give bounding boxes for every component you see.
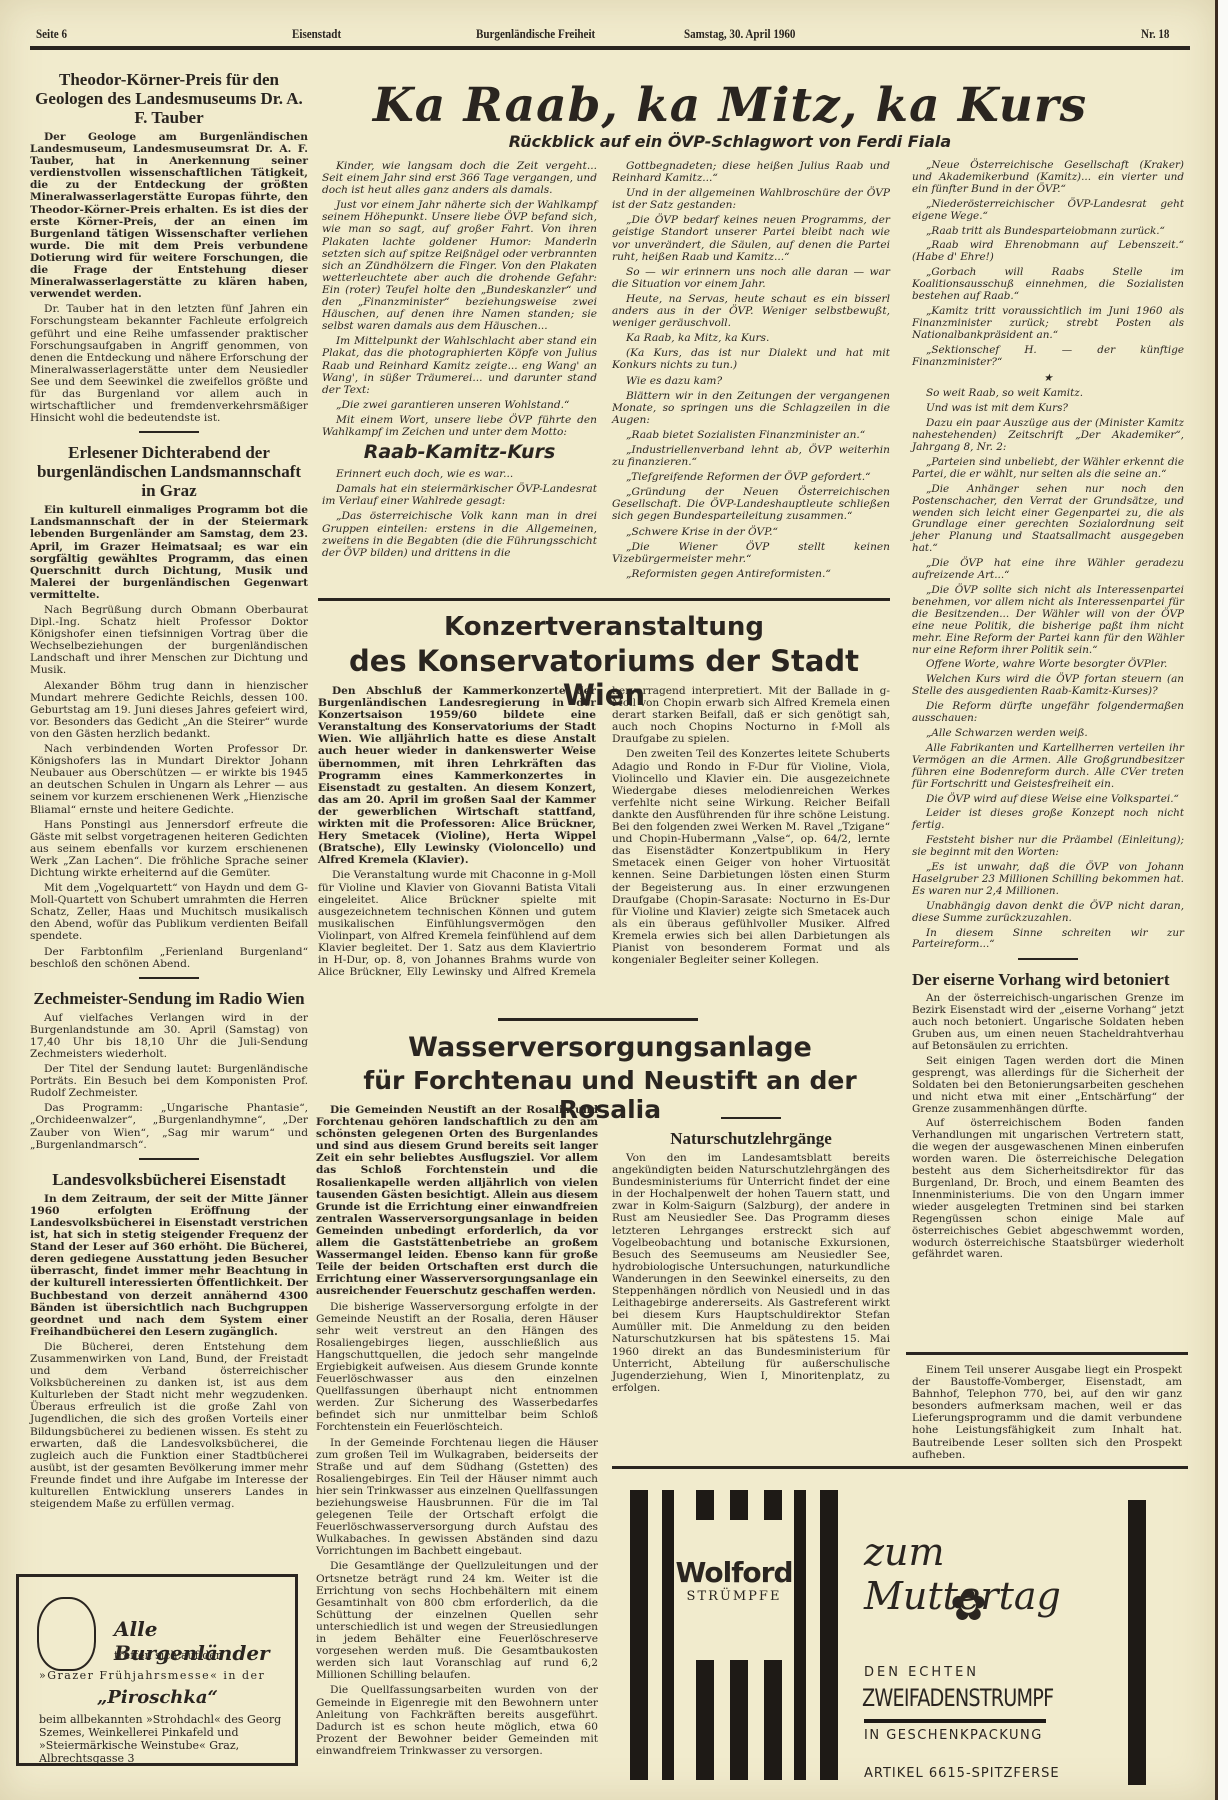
lead-subtitle: Rückblick auf ein ÖVP-Schlagwort von Fer… [320, 132, 1140, 151]
article-text: Damals hat ein steiermärkischer ÖVP-Land… [322, 483, 597, 507]
article-text: Alexander Böhm trug dann in hienzischer … [30, 680, 308, 740]
ad-text: »Grazer Frühjahrsmesse« in der [39, 1669, 265, 1682]
article-text: Die Reform dürfte ungefähr folgendermaße… [912, 701, 1184, 725]
article-title-dichterabend: Erlesener Dichterabend der burgenländisc… [30, 443, 308, 500]
wasser-headline: Wasserversorgungsanlage [310, 1032, 910, 1063]
header-place: Eisenstadt [292, 26, 341, 42]
article-text: Den zweiten Teil des Konzertes leitete S… [612, 748, 890, 966]
star-icon: ★ [912, 373, 1184, 385]
header-date: Samstag, 30. April 1960 [684, 26, 795, 42]
article-text: Im Mittelpunkt der Wahlschlacht aber sta… [322, 335, 597, 395]
article-text: „Alle Schwarzen werden weiß. [912, 728, 1184, 740]
article-text: In diesem Sinne schreiten wir zur Partei… [912, 928, 1184, 952]
section-rule [498, 1018, 698, 1021]
ad-venue: „Piroschka“ [97, 1687, 218, 1708]
article-text: „Schwere Krise in der ÖVP.“ [612, 526, 890, 538]
left-column: Theodor-Körner-Preis für den Geologen de… [30, 70, 308, 1513]
article-text: „Niederösterreichischer ÖVP-Landesrat ge… [912, 199, 1184, 223]
article-text: Die ÖVP wird auf diese Weise eine Volksp… [912, 794, 1184, 806]
article-text: „Die Anhänger sehen nur noch den Postens… [912, 484, 1184, 555]
separator [721, 1117, 781, 1119]
article-text: (Ka Kurs, das ist nur Dialekt und hat mi… [612, 347, 890, 371]
article-text: In dem Zeitraum, der seit der Mitte Jänn… [30, 1193, 308, 1338]
header-rule [30, 46, 1190, 50]
article-text: An der österreichisch-ungarischen Grenze… [912, 993, 1184, 1053]
separator [139, 977, 199, 979]
article-title-natur: Naturschutzlehrgänge [612, 1129, 890, 1148]
article-text: „Gorbach will Raabs Stelle im Koalitions… [912, 267, 1184, 303]
natur-article: Naturschutzlehrgänge Von den im Landesam… [612, 1110, 890, 1397]
article-text: So — wir erinnern uns noch alle daran — … [612, 266, 890, 290]
article-text: So weit Raab, so weit Kamitz. [912, 388, 1184, 400]
lead-column-3: „Neue Österreichische Gesellschaft (Krak… [912, 160, 1184, 1264]
article-text: „Die ÖVP hat eine ihre Wähler geradezu a… [912, 558, 1184, 582]
ad-rule [864, 1719, 1046, 1723]
article-text: Der Geologe am Burgenländischen Landesmu… [30, 131, 308, 300]
newspaper-page: Seite 6 Eisenstadt Burgenländische Freih… [0, 0, 1215, 1800]
ad-text: treffen sich auf der [114, 1649, 221, 1662]
article-text: Mit dem „Vogelquartett“ von Haydn und de… [30, 882, 308, 942]
article-text: „Die zwei garantieren unseren Wohlstand.… [322, 399, 597, 411]
advertisement-piroschka: Alle Burgenländer treffen sich auf der »… [16, 1574, 298, 1766]
article-text: Dr. Tauber hat in den letzten fünf Jahre… [30, 303, 308, 424]
article-text: Erinnert euch doch, wie es war... [322, 468, 597, 480]
article-text: Dazu ein paar Auszüge aus der (Minister … [912, 418, 1184, 454]
article-text: „Tiefgreifende Reformen der ÖVP geforder… [612, 471, 890, 483]
article-text: Einem Teil unserer Ausgabe liegt ein Pro… [912, 1364, 1182, 1461]
product-name: STRÜMPFE [674, 1589, 794, 1604]
article-text: Welchen Kurs wird die ÖVP fortan steuern… [912, 674, 1184, 698]
rose-icon: ✿ [950, 1580, 987, 1631]
lead-column-2: Gottbegnadeten; diese heißen Julius Raab… [612, 160, 890, 583]
article-text: Nach Begrüßung durch Obmann Oberbaurat D… [30, 604, 308, 677]
ad-text: IN GESCHENKPACKUNG [864, 1728, 1043, 1743]
article-text: In der Gemeinde Forchtenau liegen die Hä… [316, 1437, 598, 1558]
article-text: Die Bücherei, deren Entstehung dem Zusam… [30, 1341, 308, 1510]
article-title-vorhang: Der eiserne Vorhang wird betoniert [912, 970, 1184, 989]
separator [139, 1158, 199, 1160]
lead-headline: Ka Raab, ka Mitz, ka Kurs [320, 78, 1140, 133]
article-text: Die Quellfassungsarbeiten wurden von der… [316, 1684, 598, 1757]
page-header: Seite 6 Eisenstadt Burgenländische Freih… [36, 26, 1186, 46]
article-text: Auf vielfaches Verlangen wird in der Bur… [30, 1012, 308, 1060]
article-text: Und was ist mit dem Kurs? [912, 403, 1184, 415]
article-title-zechmeister: Zechmeister-Sendung im Radio Wien [30, 989, 308, 1008]
lead-column-1: Kinder, wie langsam doch die Zeit vergeh… [322, 160, 597, 562]
article-text: Ka Raab, ka Mitz, ka Kurs. [612, 332, 890, 344]
article-text: „Reformisten gegen Antireformisten.“ [612, 568, 890, 580]
wasser-article: Die Gemeinden Neustift an der Rosalia un… [316, 1104, 598, 1760]
section-rule [318, 598, 890, 601]
article-text: Von den im Landesamtsblatt bereits angek… [612, 1152, 890, 1394]
article-title-buecherei: Landesvolksbücherei Eisenstadt [30, 1170, 308, 1189]
article-text: „Es ist unwahr, daß die ÖVP von Johann H… [912, 862, 1184, 898]
article-text: „Kamitz tritt voraussichtlich im Juni 19… [912, 306, 1184, 342]
article-text: „Industriellenverband lehnt ab, ÖVP weit… [612, 444, 890, 468]
article-text: Auf österreichischem Boden fanden Verhan… [912, 1118, 1184, 1261]
motto-heading: Raab-Kamitz-Kurs [322, 446, 597, 458]
article-text: „Parteien sind unbeliebt, der Wähler erk… [912, 457, 1184, 481]
beilage-notice: Einem Teil unserer Ausgabe liegt ein Pro… [912, 1364, 1182, 1464]
newspaper-name: Burgenländische Freiheit [476, 26, 595, 42]
article-text: Just vor einem Jahr näherte sich der Wah… [322, 199, 597, 332]
ad-text: beim allbekannten »Strohdachl« des Georg… [39, 1713, 289, 1765]
article-text: „Neue Österreichische Gesellschaft (Krak… [912, 160, 1184, 196]
article-text: „Raab tritt als Bundesparteiobmann zurüc… [912, 226, 1184, 238]
article-text: Seit einigen Tagen werden dort die Minen… [912, 1056, 1184, 1116]
article-text: „Gründung der Neuen Österreichischen Ges… [612, 486, 890, 522]
separator [1018, 958, 1078, 960]
advertisement-wolford: Wolford STRÜMPFE zum Muttertag ✿ DEN ECH… [630, 1490, 1150, 1785]
article-text: Hans Ponstingl aus Jennersdorf erfreute … [30, 819, 308, 879]
article-text: Der Titel der Sendung lautet: Burgenländ… [30, 1063, 308, 1099]
article-text: Offene Worte, wahre Worte besorgter ÖVPl… [912, 659, 1184, 671]
article-text: Die Gesamtlänge der Quellzuleitungen und… [316, 1560, 598, 1681]
section-rule [906, 1352, 1188, 1355]
article-text: Unabhängig davon denkt die ÖVP nicht dar… [912, 901, 1184, 925]
page-edge [1215, 0, 1228, 1800]
article-text: Den Abschluß der Kammerkonzerte der Burg… [318, 685, 596, 866]
article-text: Kinder, wie langsam doch die Zeit vergeh… [322, 160, 597, 196]
article-text: Alle Fabrikanten und Kartellherren verte… [912, 743, 1184, 791]
section-rule [612, 1466, 1188, 1469]
article-text: „Das österreichische Volk kann man in dr… [322, 510, 597, 558]
article-text: Das Programm: „Ungarische Phantasie“, „O… [30, 1102, 308, 1150]
separator [139, 431, 199, 433]
article-text: Der Farbtonfilm „Ferienland Burgenland“ … [30, 946, 308, 970]
article-text: Die Gemeinden Neustift an der Rosalia un… [316, 1104, 598, 1298]
article-text: „Sektionschef H. — der künftige Finanzmi… [912, 345, 1184, 369]
article-text: Nach verbindenden Worten Professor Dr. K… [30, 743, 308, 816]
article-text: Mit einem Wort, unsere liebe ÖVP führte … [322, 414, 597, 438]
article-text: Ein kulturell einmaliges Programm bot di… [30, 504, 308, 601]
article-text: „Die ÖVP bedarf keines neuen Programms, … [612, 214, 890, 262]
konzert-headline: Konzertveranstaltung [318, 612, 890, 642]
ad-text: ZWEIFADENSTRUMPF [862, 1684, 1053, 1712]
ad-occasion: zum Muttertag [864, 1530, 1150, 1618]
article-text: Leider ist dieses große Konzept noch nic… [912, 808, 1184, 832]
konzert-article: Den Abschluß der Kammerkonzerte der Burg… [318, 685, 890, 978]
article-text: Und in der allgemeinen Wahlbroschüre der… [612, 187, 890, 211]
page-number: Seite 6 [36, 26, 67, 42]
brand-name: Wolford [674, 1556, 794, 1589]
article-text: Feststeht bisher nur die Präambel (Einle… [912, 835, 1184, 859]
man-portrait-icon [37, 1597, 96, 1671]
ad-text: DEN ECHTEN [864, 1665, 979, 1680]
article-text: Blättern wir in den Zeitungen der vergan… [612, 390, 890, 426]
article-text: Gottbegnadeten; diese heißen Julius Raab… [612, 160, 890, 184]
article-text: „Die ÖVP sollte sich nicht als Interesse… [912, 585, 1184, 656]
article-text: „Die Wiener ÖVP stellt keinen Vizebürger… [612, 541, 890, 565]
article-text: Wie es dazu kam? [612, 375, 890, 387]
article-title-koerner-preis: Theodor-Körner-Preis für den Geologen de… [30, 70, 308, 127]
article-text: „Raab wird Ehrenobmann auf Lebenszeit.“ … [912, 240, 1184, 264]
article-text: Heute, na Servas, heute schaut es ein bi… [612, 293, 890, 329]
wolford-logo-box: Wolford STRÜMPFE [674, 1520, 794, 1650]
issue-number: Nr. 18 [1141, 26, 1169, 42]
article-text: Die bisherige Wasserversorgung erfolgte … [316, 1301, 598, 1434]
article-text: „Raab bietet Sozialisten Finanzminister … [612, 429, 890, 441]
ad-text: ARTIKEL 6615-SPITZFERSE [864, 1766, 1060, 1781]
